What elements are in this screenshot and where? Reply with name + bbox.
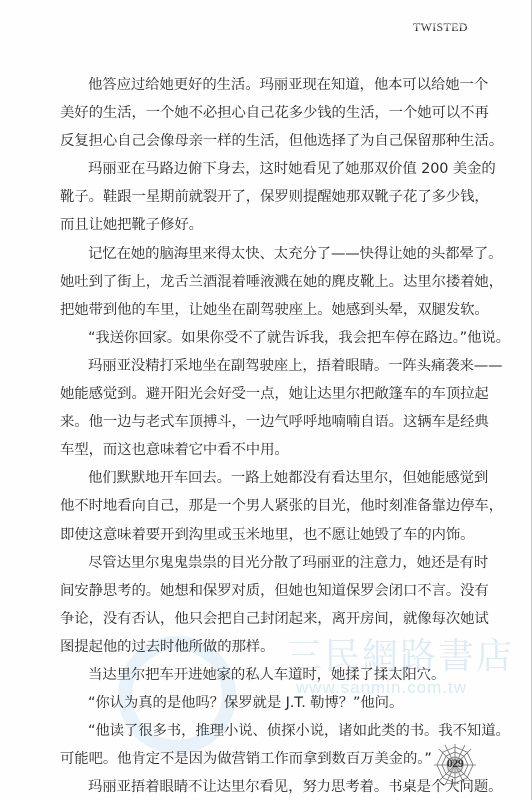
body-text: 他答应过给她更好的生活。玛丽亚现在知道，他本可以给她一个美好的生活，一个她不必担… bbox=[60, 71, 470, 800]
text-line: 记忆在她的脑海里来得太快、太充分了——快得让她的头都晕了。 bbox=[60, 240, 470, 268]
text-line: 她能感觉到。避开阳光会好受一点，她让达里尔把敞篷车的车顶拉起 bbox=[60, 380, 470, 408]
text-line: 他不时地看向自己，那是一个男人紧张的目光，他时刻准备靠边停车， bbox=[60, 492, 470, 520]
text-line: 靴子。鞋跟一星期前就裂开了，保罗则提醒她那双靴子花了多少钱， bbox=[60, 183, 470, 211]
text-line: 反复担心自己会像母亲一样的生活，但他选择了为自己保留那种生活。 bbox=[60, 127, 470, 155]
text-line: 玛丽亚捂着眼睛不让达里尔看见，努力思考着。书桌是个大问题。 bbox=[60, 773, 470, 800]
text-line: 可能吧。他肯定不是因为做营销工作而拿到数百万美金的。” bbox=[60, 745, 470, 773]
page-folio: 029 bbox=[432, 742, 478, 788]
text-line: 美好的生活，一个她不必担心自己花多少钱的生活，一个她可以不再 bbox=[60, 99, 470, 127]
text-line: 尽管达里尔鬼鬼祟祟的目光分散了玛丽亚的注意力，她还是有时 bbox=[60, 549, 470, 577]
text-line: 他们默默地开车回去。一路上她都没有看达里尔，但她能感觉到 bbox=[60, 464, 470, 492]
text-line: 她吐到了街上，龙舌兰酒混着唾液溅在她的麂皮靴上。达里尔搂着她， bbox=[60, 268, 470, 296]
page-number: 029 bbox=[432, 756, 478, 771]
book-page: TWISTED TWISTED 三民網路書店 www.sanmin.com.tw… bbox=[0, 0, 532, 800]
running-head-reflection: TWISTED bbox=[413, 20, 468, 29]
text-line: 间安静思考的。她想和保罗对质，但她也知道保罗会闭口不言。没有 bbox=[60, 577, 470, 605]
text-line: 车型，而这也意味着它中看不中用。 bbox=[60, 436, 470, 464]
text-line: 把她带到他的车里，让她坐在副驾驶座上。她感到头晕，双腿发软。 bbox=[60, 296, 470, 324]
text-line: 他答应过给她更好的生活。玛丽亚现在知道，他本可以给她一个 bbox=[60, 71, 470, 99]
text-line: “我送你回家。如果你受不了就告诉我，我会把车停在路边。”他说。 bbox=[60, 324, 470, 352]
text-line: 来。他一边与老式车顶搏斗，一边气呼呼地喃喃自语。这辆车是经典 bbox=[60, 408, 470, 436]
text-line: 即使这意味着要开到沟里或玉米地里，也不愿让她毁了车的内饰。 bbox=[60, 521, 470, 549]
text-line: 争论，没有否认，他只会把自己封闭起来，离开房间，就像每次她试 bbox=[60, 605, 470, 633]
text-line: “你认为真的是他吗？保罗就是 J.T. 勒博？”他问。 bbox=[60, 689, 470, 717]
text-line: 当达里尔把车开进她家的私人车道时，她揉了揉太阳穴。 bbox=[60, 661, 470, 689]
text-line: 玛丽亚没精打采地坐在副驾驶座上，捂着眼睛。一阵头痛袭来—— bbox=[60, 352, 470, 380]
text-line: 玛丽亚在马路边俯下身去，这时她看见了她那双价值 200 美金的 bbox=[60, 155, 470, 183]
text-line: 而且让她把靴子修好。 bbox=[60, 211, 470, 239]
text-line: 图提起他的过去时他所做的那样。 bbox=[60, 633, 470, 661]
text-line: “他读了很多书，推理小说、侦探小说，诸如此类的书。我不知道。 bbox=[60, 717, 470, 745]
